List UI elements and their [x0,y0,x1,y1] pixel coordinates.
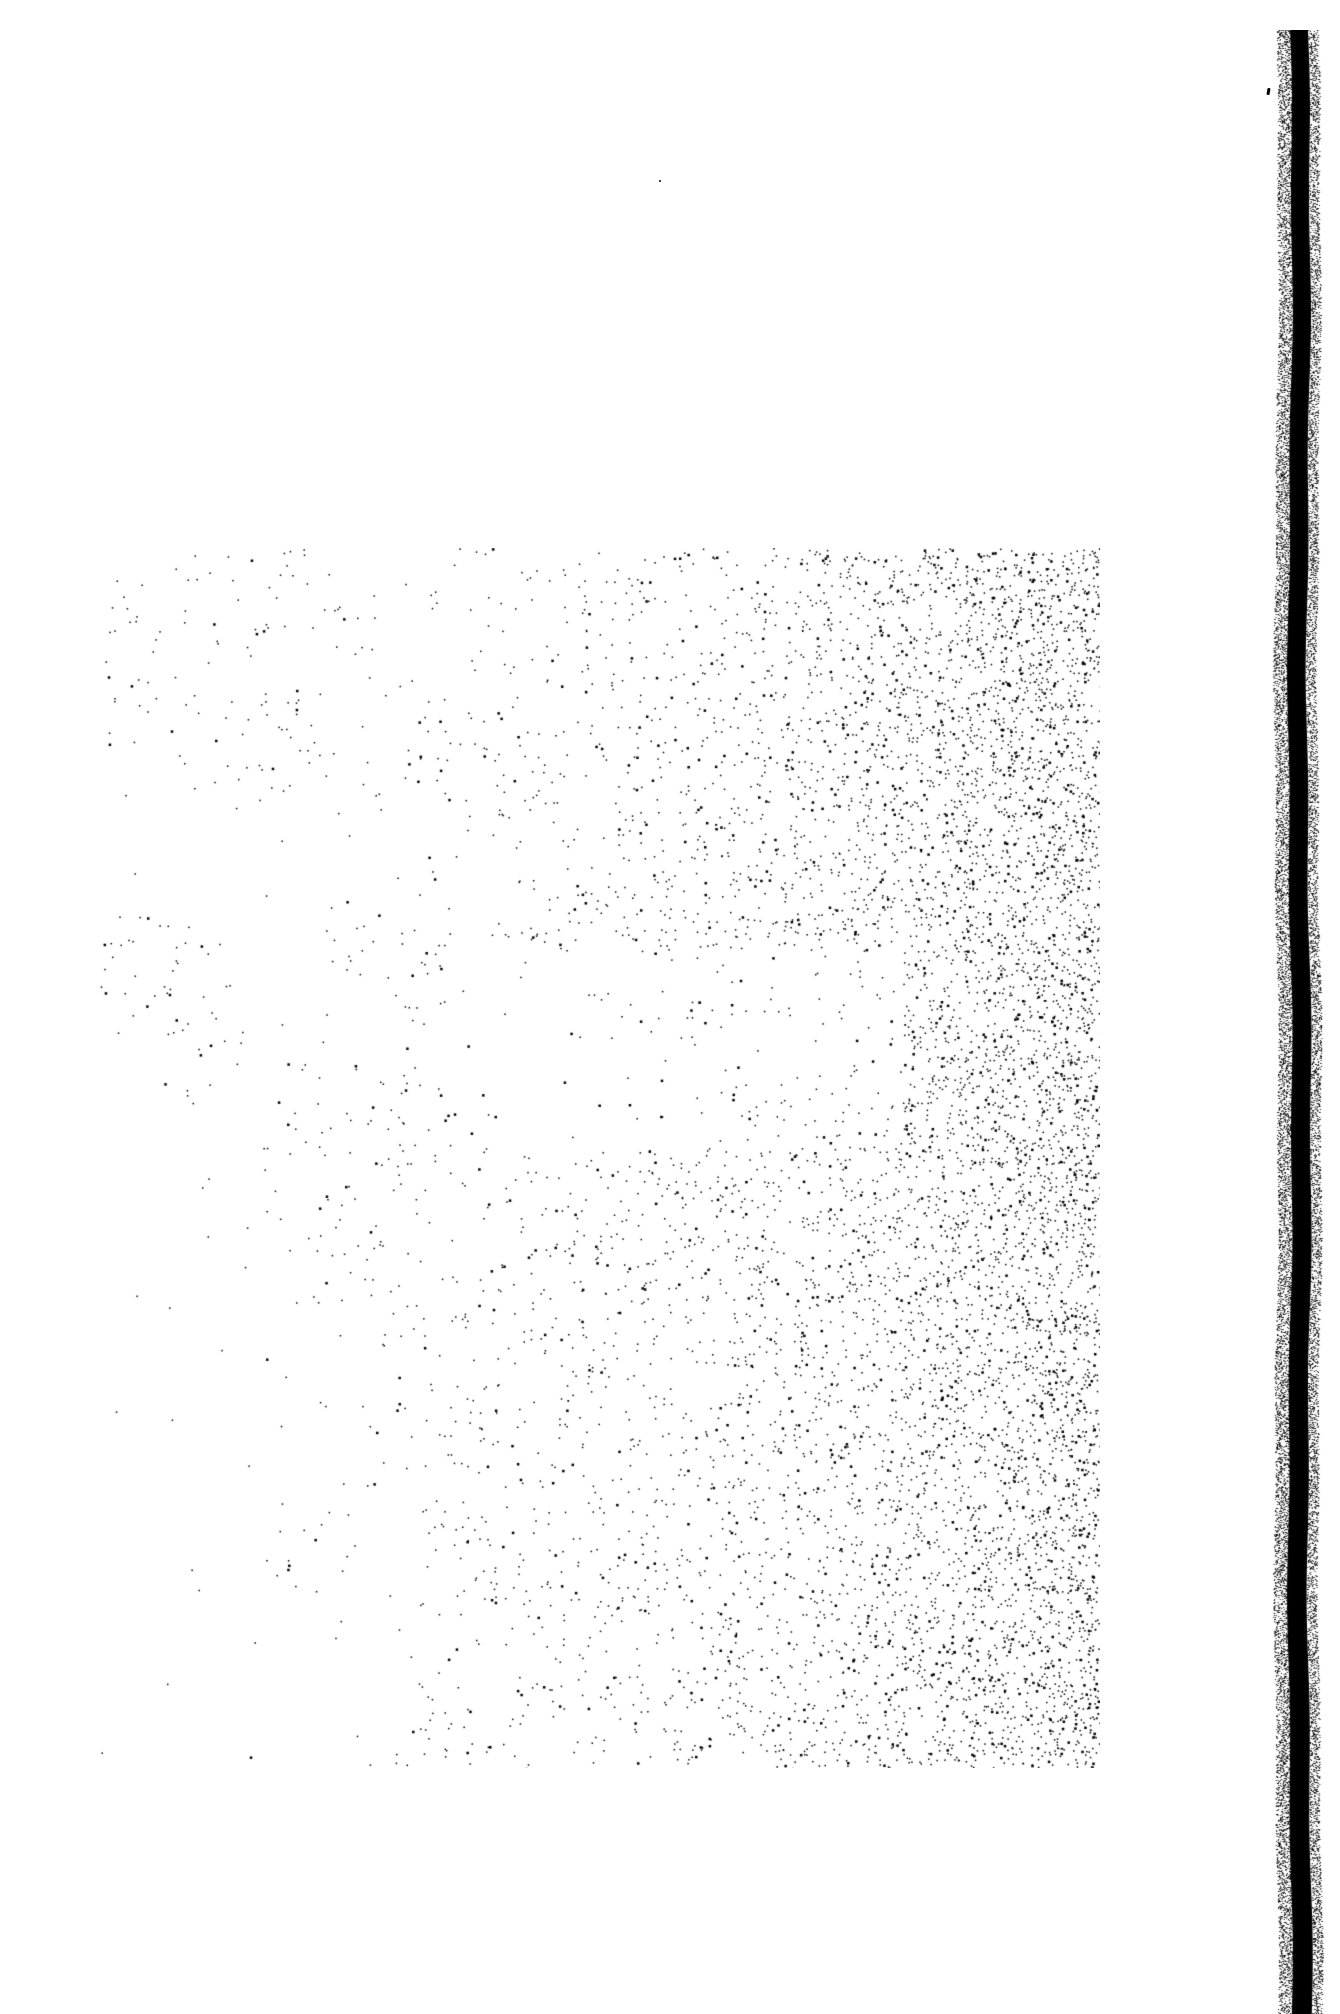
scanned-page [0,0,1340,2014]
binding-shadow-canvas [1260,30,1340,2014]
halftone-speckle-canvas [100,548,1100,1768]
stray-ink-mark [659,180,661,182]
halftone-illustration [100,548,1100,1768]
binding-shadow [1260,30,1340,2014]
